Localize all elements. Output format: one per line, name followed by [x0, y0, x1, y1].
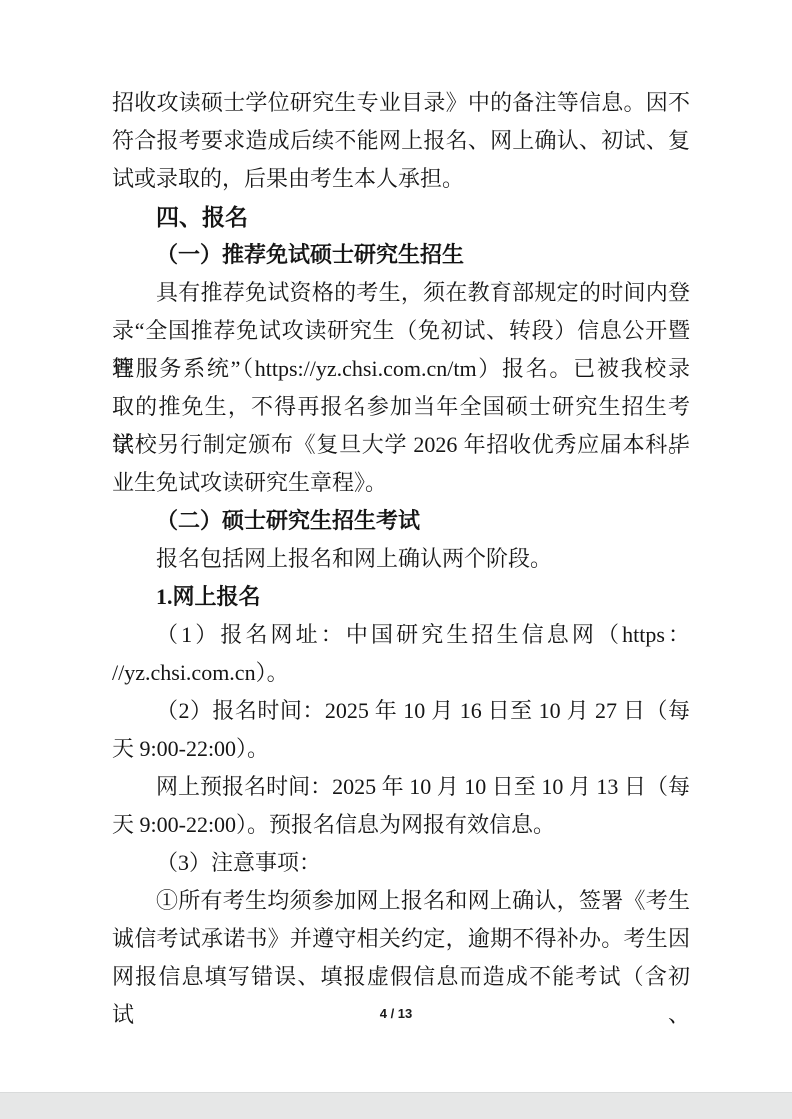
document-body: 招收攻读硕士学位研究生专业目录》中的备注等信息。因不 符合报考要求造成后续不能网…: [112, 84, 690, 996]
heading-masters-entrance-exam: （二）硕士研究生招生考试: [112, 502, 690, 540]
page-number: 4 / 13: [0, 1006, 792, 1021]
text-line: 报名包括网上报名和网上确认两个阶段。: [112, 540, 690, 578]
text-line-registration-url: （1）报名网址：中国研究生招生信息网（https：: [112, 616, 690, 654]
text-line: 试或录取的，后果由考生本人承担。: [112, 160, 690, 198]
page-gap-divider: [0, 1092, 792, 1119]
text-line-registration-url: //yz.chsi.com.cn）。: [112, 654, 690, 692]
text-line-registration-time: 天 9:00-22:00）。: [112, 730, 690, 768]
text-line: 录“全国推荐免试攻读研究生（免初试、转段）信息公开暨管: [112, 312, 690, 350]
text-line-notes-heading: （3）注意事项：: [112, 844, 690, 882]
text-line: 招收攻读硕士学位研究生专业目录》中的备注等信息。因不: [112, 84, 690, 122]
heading-section-registration: 四、报名: [112, 198, 690, 236]
text-line-preregistration-time: 天 9:00-22:00）。预报名信息为网报有效信息。: [112, 806, 690, 844]
heading-online-registration: 1.网上报名: [112, 578, 690, 616]
text-line: 学校另行制定颁布《复旦大学 2026 年招收优秀应届本科毕: [112, 426, 690, 464]
heading-recommended-exemption: （一）推荐免试硕士研究生招生: [112, 236, 690, 274]
text-line: ①所有考生均须参加网上报名和网上确认，签署《考生: [112, 882, 690, 920]
text-line: 诚信考试承诺书》并遵守相关约定，逾期不得补办。考生因: [112, 920, 690, 958]
text-line-registration-time: （2）报名时间：2025 年 10 月 16 日至 10 月 27 日（每: [112, 692, 690, 730]
text-line: 理服务系统”（https://yz.chsi.com.cn/tm）报名。已被我校…: [112, 350, 690, 388]
text-line: 网报信息填写错误、填报虚假信息而造成不能考试（含初试、: [112, 958, 690, 996]
text-line: 具有推荐免试资格的考生，须在教育部规定的时间内登: [112, 274, 690, 312]
document-page: 招收攻读硕士学位研究生专业目录》中的备注等信息。因不 符合报考要求造成后续不能网…: [0, 0, 792, 1093]
text-line: 符合报考要求造成后续不能网上报名、网上确认、初试、复: [112, 122, 690, 160]
text-line: 业生免试攻读研究生章程》。: [112, 464, 690, 502]
text-line-preregistration-time: 网上预报名时间：2025 年 10 月 10 日至 10 月 13 日（每: [112, 768, 690, 806]
text-line: 取的推免生，不得再报名参加当年全国硕士研究生招生考试。: [112, 388, 690, 426]
